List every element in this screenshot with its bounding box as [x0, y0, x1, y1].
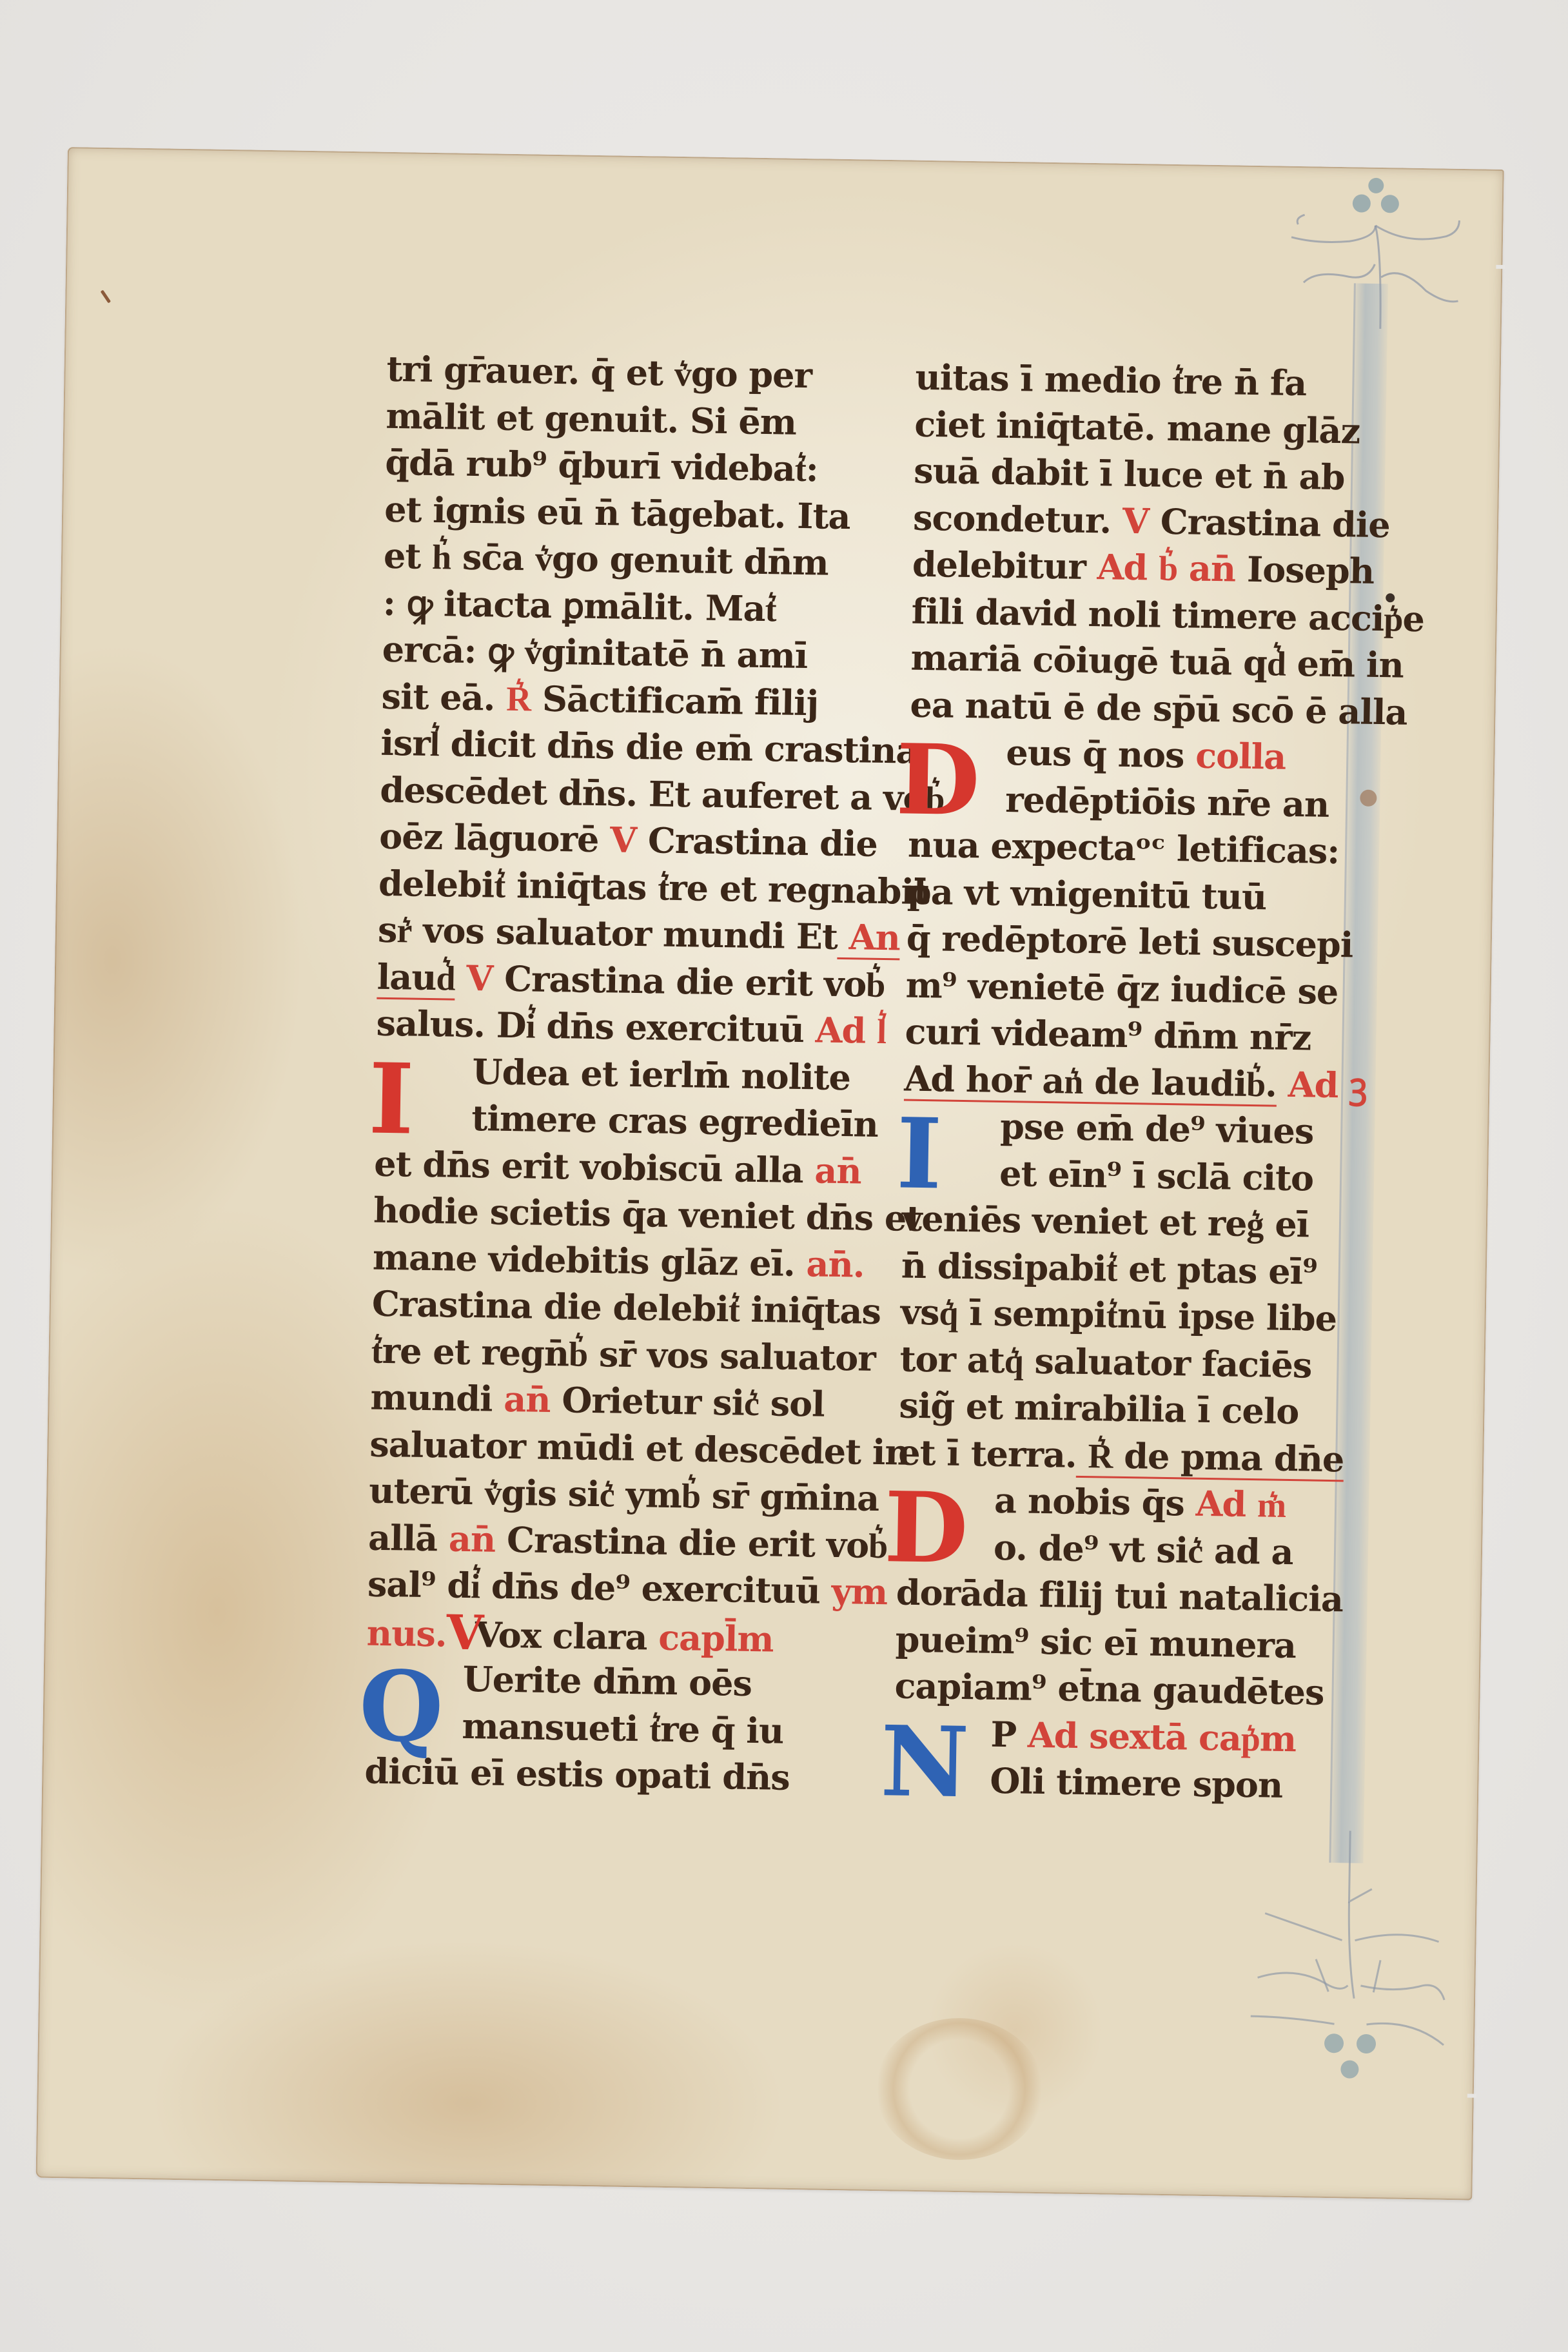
text-segment: et ignis eū n̄ tāgebat. Ita [384, 488, 850, 536]
text-line: m⁹ venietē q̄z iudicē se [905, 961, 1331, 1015]
text-line: et eīn⁹ ī sclā cito [903, 1148, 1329, 1202]
text-segment: Udea et ierlm̄ nolite [472, 1051, 850, 1098]
text-line: mane videbitis glāz eī. an̄. [372, 1233, 811, 1287]
text-line: sit eā. R͛ Sāctificam̄ filij [381, 672, 820, 726]
text-line: et dn̄s erit vobiscū alla an̄ [374, 1140, 813, 1193]
text-line: sig̃ et mirabilia ī celo [899, 1382, 1325, 1435]
text-line: sr͛ vos saluator mundi Et An [377, 906, 816, 960]
text-line: q̄dā rub⁹ q̄burī videbat͛: [385, 439, 824, 493]
text-line: et ignis eū n̄ tāgebat. Ita [384, 485, 823, 539]
text-segment: mansueti t͛re q̄ iu [462, 1705, 784, 1751]
text-line: scondetur. V Crastina die [913, 494, 1339, 547]
text-segment: tri gr̄auer. q̄ et v͛go per [386, 348, 812, 396]
text-line: ercā: ꝙ v͛ginitatē n̄ amī [382, 626, 821, 680]
text-segment: R͛ de pma dn̄e [1076, 1434, 1344, 1482]
text-line: I pse em̄ de⁹ viues [903, 1102, 1329, 1155]
rubric-antiphon: an̄. [794, 1242, 865, 1285]
text-line: salus. Di͛ dn̄s exercituū Ad l͛ [376, 1000, 815, 1053]
rubric-chapter: Ad sextā cap͛m [1016, 1714, 1297, 1759]
text-segment: o. de⁹ vt sic͛ ad a [994, 1526, 1294, 1572]
text-line: descēdet dn̄s. Et auferet a vob͛ [380, 766, 819, 819]
text-segment: saluator mūdi et descēdet in [369, 1423, 910, 1473]
text-segment: ciet iniq̄tatē. mane glāz [914, 403, 1360, 451]
text-segment: laud͛ [377, 955, 455, 1000]
text-segment: q̄ redēptorē leti suscepi [906, 917, 1353, 966]
text-segment: et dn̄s erit vobiscū alla [374, 1142, 803, 1190]
text-line: sal⁹ di͛ dn̄s de⁹ exercituū ym [367, 1561, 806, 1614]
text-line: saluator mūdi et descēdet in [369, 1420, 808, 1474]
text-segment: nua expectaᵒᶜ letificas: [908, 824, 1340, 872]
text-line: mundi an̄ Orietur sic͛ sol [370, 1374, 809, 1427]
text-segment: pueim⁹ sic eī munera [895, 1618, 1296, 1666]
text-segment: Crastina die [647, 819, 877, 865]
text-line: uterū v͛gis sic͛ ymb͛ sr̄ gm̄ina [369, 1467, 808, 1521]
text-line: delebit͛ iniq̄tas t͛re et regnabit [378, 859, 818, 913]
text-segment: q̄dā rub⁹ q̄burī videbat͛: [385, 442, 818, 490]
text-segment: oēz lāguorē [379, 816, 599, 860]
text-segment: Sāctificam̄ filij [542, 678, 819, 723]
text-segment: veniēs veniet et reg͛ eī [902, 1198, 1309, 1246]
text-segment: redēptiōis nr̄e an [1005, 778, 1329, 825]
text-segment: Vox clara [464, 1613, 648, 1657]
text-segment: vsq͛ ī sempit͛nū ipse libe [900, 1291, 1337, 1340]
rubric-hymn: nus. [366, 1612, 447, 1654]
text-line: curi videam⁹ dn̄m nr̄z [905, 1008, 1331, 1062]
text-segment: mariā cōiugē tuā qd͛ em̄ in [910, 637, 1404, 686]
text-segment: et eīn⁹ ī sclā cito [999, 1152, 1314, 1199]
text-segment: et ī terra. [898, 1431, 1077, 1475]
text-line: p̄a vt vnigenitū tuū [906, 868, 1333, 921]
text-line: vsq͛ ī sempit͛nū ipse libe [900, 1289, 1326, 1342]
text-segment: ercā: ꝙ v͛ginitatē n̄ amī [382, 629, 807, 676]
text-segment: delebit͛ iniq̄tas t͛re et regnabit [378, 862, 930, 912]
text-line: allā an̄ Crastina die erit vob͛ [368, 1514, 807, 1567]
text-segment: Uerite dn̄m oēs [462, 1658, 752, 1704]
text-line: : ꝙ itacta ꝑmālit. Mat͛ [382, 579, 821, 632]
text-segment: fili david noli timere accip͛e [911, 590, 1424, 639]
text-line: Ad hor̄ an͛ de laudib͛. Ad ꝫ [904, 1055, 1330, 1108]
rubric-hymn: ym [819, 1571, 887, 1613]
edge-tear [1467, 2093, 1476, 2097]
text-segment: p̄a vt vnigenitū tuū [907, 870, 1267, 917]
text-segment: allā [368, 1516, 438, 1559]
rubric-heading: Ad ꝫ [1276, 1063, 1367, 1106]
text-line: oēz lāguorē V Crastina die [379, 813, 818, 867]
text-segment: sal⁹ di͛ dn̄s de⁹ exercituū [367, 1563, 821, 1612]
text-line: isrl͛ dicit dn̄s die em̄ crastina [380, 720, 819, 773]
text-segment: P [990, 1713, 1017, 1755]
text-line: Crastina die delebit͛ iniq̄tas [371, 1280, 810, 1334]
text-line: uitas ī medio t͛re n̄ fa [915, 354, 1341, 407]
text-segment: diciū eī estis opati dn̄s [364, 1750, 790, 1798]
text-segment: Crastina die delebit͛ iniq̄tas [371, 1283, 881, 1332]
text-line: diciū eī estis opati dn̄s [364, 1748, 803, 1801]
text-line: mālit et genuit. Si ē̄m [386, 392, 825, 446]
text-line: suā dabit ī luce et n̄ ab [914, 447, 1340, 501]
text-segment: descēdet dn̄s. Et auferet a vob͛ [380, 769, 945, 819]
text-line: D eus q̄ nos colla [909, 728, 1335, 781]
text-segment: salus. Di͛ dn̄s exercituū [376, 1003, 804, 1050]
text-line: tor atq͛ saluator faciēs [899, 1335, 1326, 1389]
text-segment: : ꝙ itacta ꝑmālit. Mat͛ [382, 582, 776, 629]
top-flourish-icon [1277, 166, 1473, 337]
ink-speck [101, 289, 111, 303]
text-segment: sig̃ et mirabilia ī celo [899, 1384, 1299, 1432]
text-segment: mundi [370, 1377, 493, 1420]
text-segment: mane videbitis glāz eī. [373, 1236, 796, 1284]
text-line: Oli timere spon [893, 1756, 1319, 1809]
rubric-collect: colla [1184, 734, 1286, 777]
text-line: tri gr̄auer. q̄ et v͛go per [386, 346, 825, 399]
right-column: uitas ī medio t͛re n̄ fa ciet iniq̄tatē.… [893, 354, 1341, 1810]
text-segment: delebitur [912, 544, 1086, 587]
text-segment: dorāda filij tui natalicia [896, 1571, 1343, 1620]
text-line: dorāda filij tui natalicia [896, 1569, 1322, 1622]
edge-tear [1496, 265, 1505, 269]
rubric-versicle: V [1111, 500, 1161, 542]
text-segment: Crastina die erit vob͛ [507, 1518, 888, 1565]
text-segment: Ad hor̄ an͛ de laudib͛. [904, 1057, 1277, 1106]
rubric-heading: Ad m͛ [1184, 1482, 1286, 1525]
text-segment: n̄ dissipabit͛ et ptas eī⁹ [901, 1244, 1317, 1292]
text-segment: Oli timere spon [990, 1760, 1283, 1806]
text-line: t͛re et regn̄b͛ sr̄ vos saluator [371, 1327, 810, 1380]
text-line: et h͛ sc̄a v͛go genuit dn̄m [384, 533, 823, 586]
text-segment: uitas ī medio t͛re n̄ fa [915, 357, 1307, 404]
text-segment: timere cras egredieīn [471, 1097, 878, 1145]
text-segment: sit eā. [381, 675, 495, 718]
text-segment: et h͛ sc̄a v͛go genuit dn̄m [384, 535, 829, 583]
text-segment: uterū v͛gis sic͛ ymb͛ sr̄ gm̄ina [369, 1470, 879, 1519]
manuscript-leaf: tri gr̄auer. q̄ et v͛go per mālit et gen… [36, 147, 1504, 2200]
text-segment: isrl͛ dicit dn̄s die em̄ crastina [380, 722, 918, 772]
text-line: mansueti t͛re q̄ iu [365, 1701, 804, 1754]
stain [874, 2017, 1044, 2161]
rubric-antiphon: An [837, 916, 900, 961]
text-segment: pse em̄ de⁹ viues [1000, 1106, 1314, 1152]
text-line: timere cras egredieīn [375, 1093, 814, 1147]
text-line: Q Uerite dn̄m oēs [366, 1654, 805, 1708]
text-line: I Udea et ierlm̄ nolite [375, 1046, 814, 1100]
bottom-flourish-icon [1249, 1829, 1460, 2103]
text-line: N P Ad sextā cap͛m [894, 1709, 1320, 1763]
text-segment: Ioseph [1247, 549, 1375, 592]
rubric-responsory: R͛ [495, 677, 543, 719]
text-line: veniēs veniet et reg͛ eī [901, 1195, 1328, 1249]
rubric-heading: Ad b͛ an̄ [1085, 546, 1247, 590]
text-segment: ea natū ē de sp̄ū scō ē alla [910, 683, 1407, 732]
text-line: mariā cōiugē tuā qd͛ em̄ in [910, 634, 1337, 688]
text-segment: suā dabit ī luce et n̄ ab [914, 450, 1345, 498]
text-segment: eus q̄ nos [1006, 732, 1184, 776]
rubric-chapter: capl̄m [647, 1616, 774, 1660]
text-line: n̄ dissipabit͛ et ptas eī⁹ [901, 1242, 1327, 1295]
text-segment: Crastina die [1160, 500, 1390, 545]
initial-V-red: V [446, 1605, 484, 1661]
text-segment: tor atq͛ saluator faciēs [899, 1338, 1312, 1386]
text-line: redēptiōis nr̄e an [908, 774, 1335, 828]
text-segment: hodie scietis q̄a veniet dn̄s et [373, 1190, 922, 1239]
rubric-antiphon: an̄ [492, 1378, 562, 1421]
rubric-antiphon: an̄ [803, 1150, 861, 1191]
text-segment: t͛re et regn̄b͛ sr̄ vos saluator [371, 1329, 876, 1378]
text-line: o. de⁹ vt sic͛ ad a [897, 1522, 1323, 1576]
text-segment: m⁹ venietē q̄z iudicē se [905, 964, 1338, 1012]
rubric-versicle: V [598, 819, 648, 861]
text-segment: Crastina die erit vob͛ [504, 957, 885, 1004]
text-line: nua expectaᵒᶜ letificas: [908, 821, 1334, 875]
text-line: fili david noli timere accip͛e [911, 587, 1337, 641]
text-segment: a nobis q̄s [994, 1480, 1185, 1524]
rubric-heading: Ad l͛ [803, 1009, 886, 1052]
text-segment: Orietur sic͛ sol [562, 1379, 825, 1424]
text-line: hodie scietis q̄a veniet dn̄s et [373, 1187, 812, 1240]
text-line: q̄ redēptorē leti suscepi [906, 915, 1332, 968]
text-segment: scondetur. [913, 496, 1112, 541]
text-segment: mālit et genuit. Si ē̄m [386, 395, 796, 442]
left-column: tri gr̄auer. q̄ et v͛go per mālit et gen… [364, 346, 825, 1801]
text-segment: curi videam⁹ dn̄m nr̄z [905, 1011, 1311, 1059]
text-line: D a nobis q̄s Ad m͛ [897, 1475, 1324, 1529]
text-line: ciet iniq̄tatē. mane glāz [914, 400, 1340, 454]
text-segment: sr͛ vos saluator mundi Et [377, 909, 838, 957]
text-line: laud͛ V Crastina die erit vob͛ [377, 953, 816, 1006]
text-line: pueim⁹ sic eī munera [895, 1616, 1321, 1669]
text-line: delebitur Ad b͛ an̄ Ioseph [912, 541, 1338, 594]
rubric-antiphon: an̄ [437, 1518, 507, 1560]
rubric-versicle: V [455, 957, 504, 999]
